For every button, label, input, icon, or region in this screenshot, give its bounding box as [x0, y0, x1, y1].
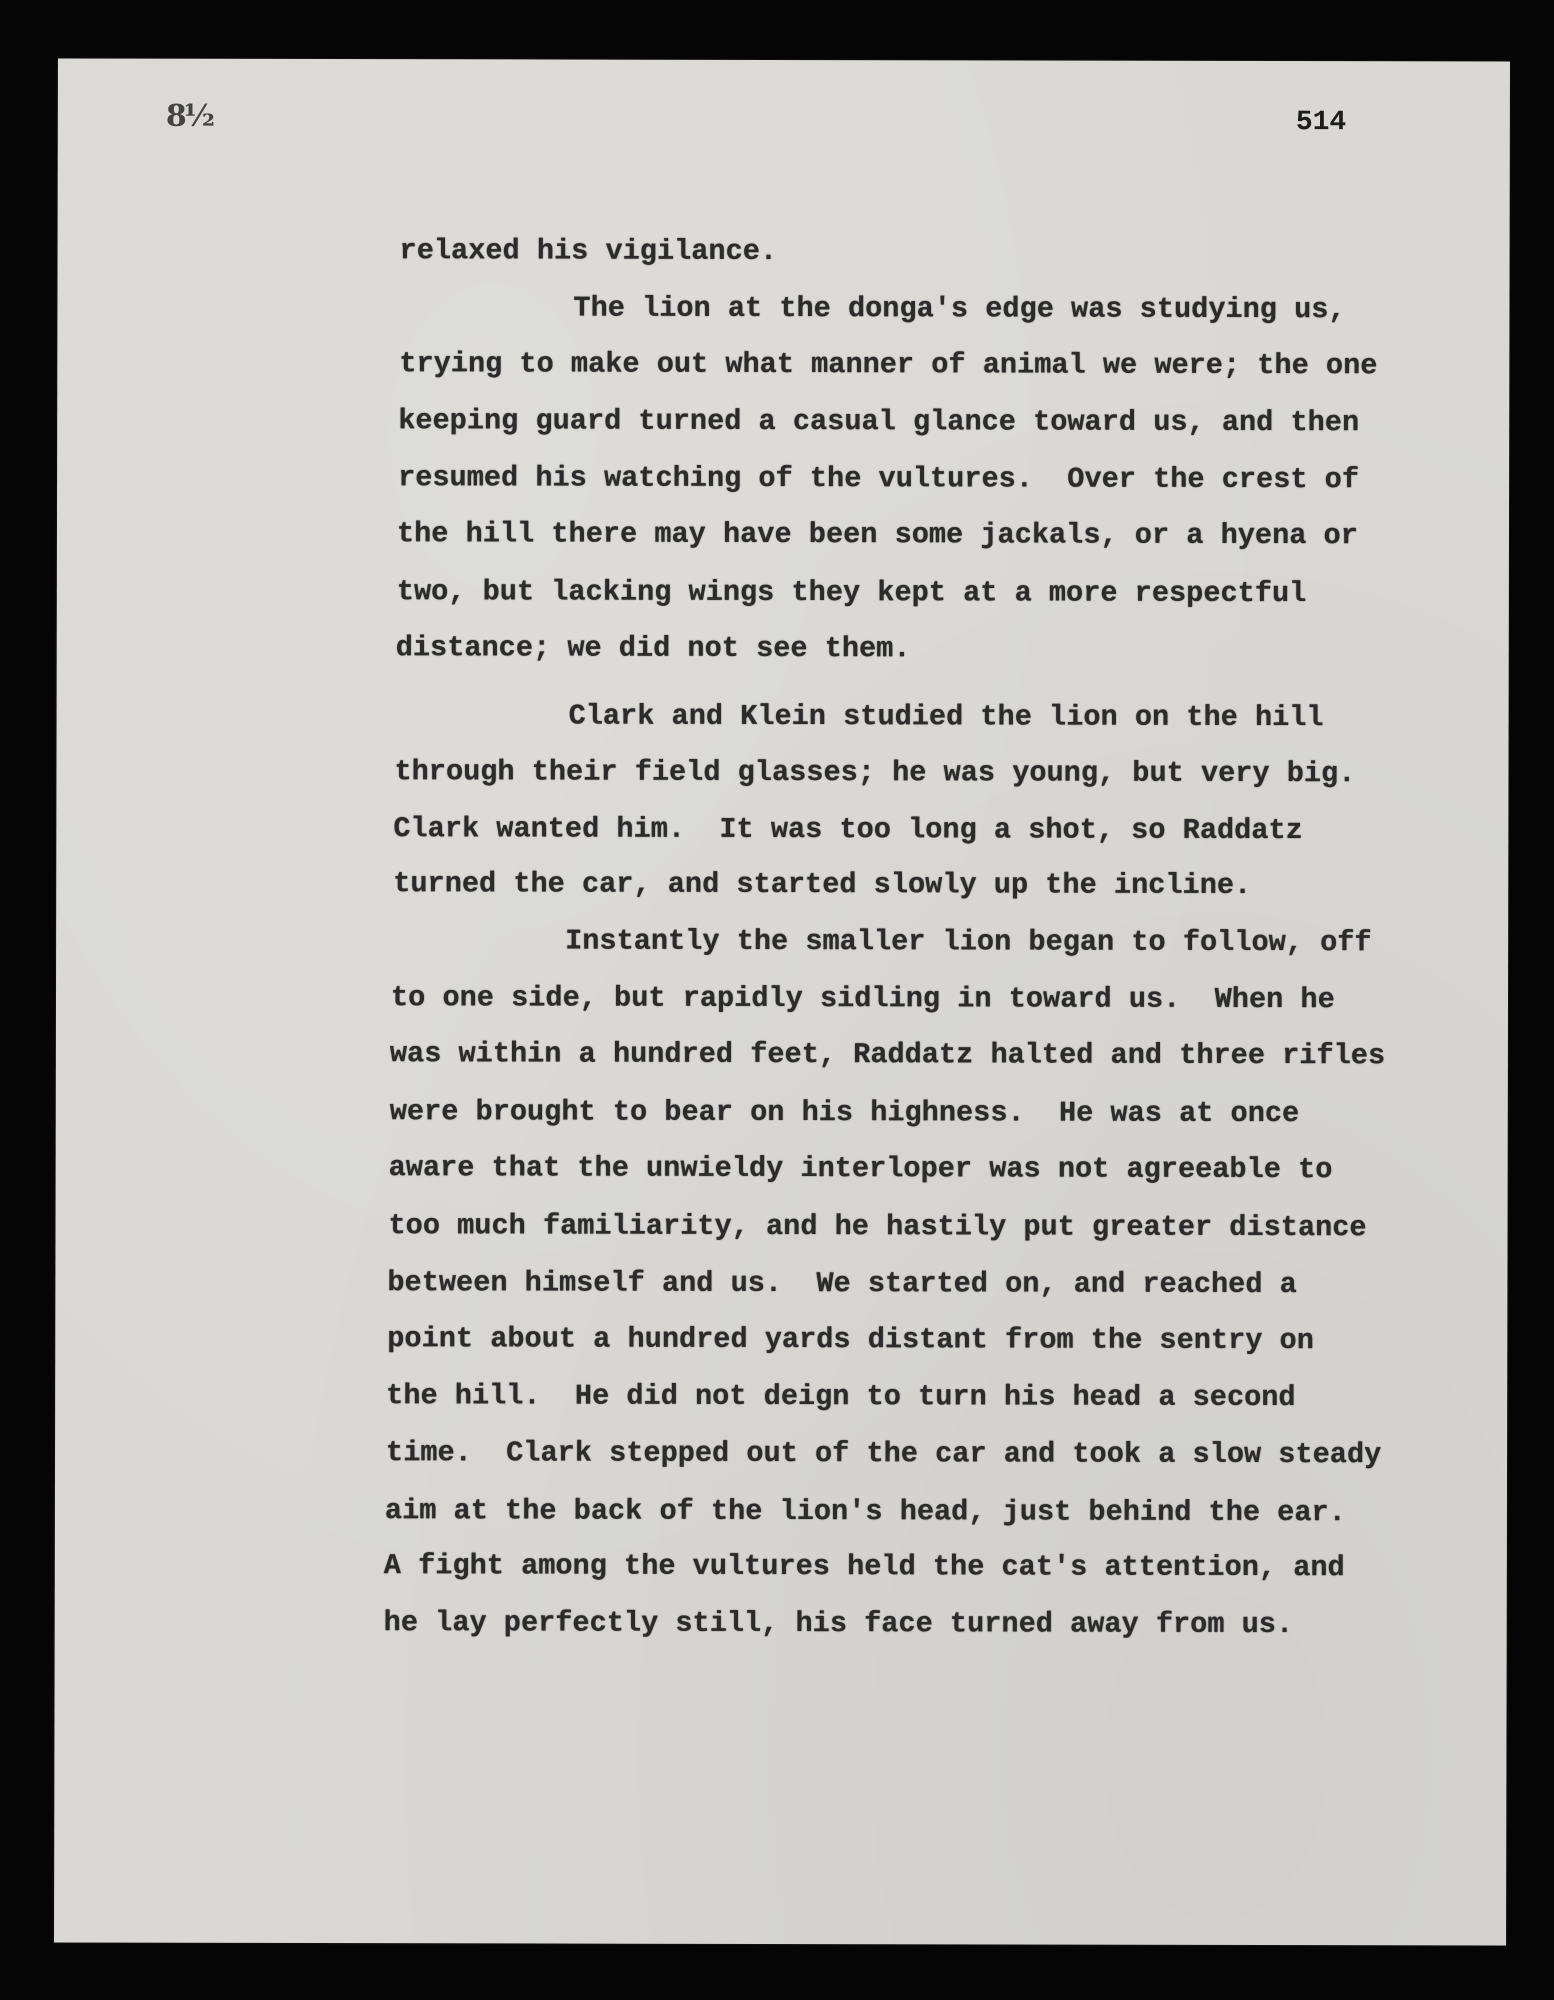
text-line: aware that the unwieldy interloper was n… [389, 1151, 1333, 1186]
handwritten-page-mark: 8½ [166, 99, 212, 134]
text-line: between himself and us. We started on, a… [387, 1266, 1297, 1301]
text-line: Clark wanted him. It was too long a shot… [393, 812, 1303, 847]
text-line: two, but lacking wings they kept at a mo… [397, 575, 1307, 610]
text-line: he lay perfectly still, his face turned … [384, 1606, 1294, 1641]
typewritten-page: 8½ 514 relaxed his vigilance. The lion a… [54, 58, 1510, 1945]
text-line: the hill. He did not deign to turn his h… [386, 1379, 1296, 1414]
text-line: distance; we did not see them. [396, 631, 911, 665]
text-line: aim at the back of the lion's head, just… [385, 1494, 1346, 1529]
text-line: relaxed his vigilance. [400, 234, 778, 268]
text-line: The lion at the donga's edge was studyin… [573, 292, 1345, 327]
text-line: too much familiarity, and he hastily put… [388, 1209, 1366, 1244]
text-line: Instantly the smaller lion began to foll… [565, 925, 1372, 960]
text-line: through their field glasses; he was youn… [394, 755, 1355, 790]
text-line: trying to make out what manner of animal… [399, 347, 1377, 382]
text-line: time. Clark stepped out of the car and t… [386, 1436, 1381, 1471]
text-line: the hill there may have been some jackal… [397, 517, 1358, 552]
text-line: keeping guard turned a casual glance tow… [398, 404, 1359, 439]
text-line: was within a hundred feet, Raddatz halte… [390, 1037, 1385, 1072]
text-line: resumed his watching of the vultures. Ov… [398, 461, 1359, 496]
text-line: point about a hundred yards distant from… [387, 1322, 1314, 1357]
text-line: to one side, but rapidly sidling in towa… [391, 981, 1335, 1016]
text-line: A fight among the vultures held the cat'… [384, 1549, 1345, 1584]
text-line: Clark and Klein studied the lion on the … [569, 700, 1324, 735]
text-line: turned the car, and started slowly up th… [393, 867, 1251, 902]
text-line: were brought to bear on his highness. He… [390, 1095, 1300, 1130]
page-number: 514 [1296, 107, 1346, 138]
